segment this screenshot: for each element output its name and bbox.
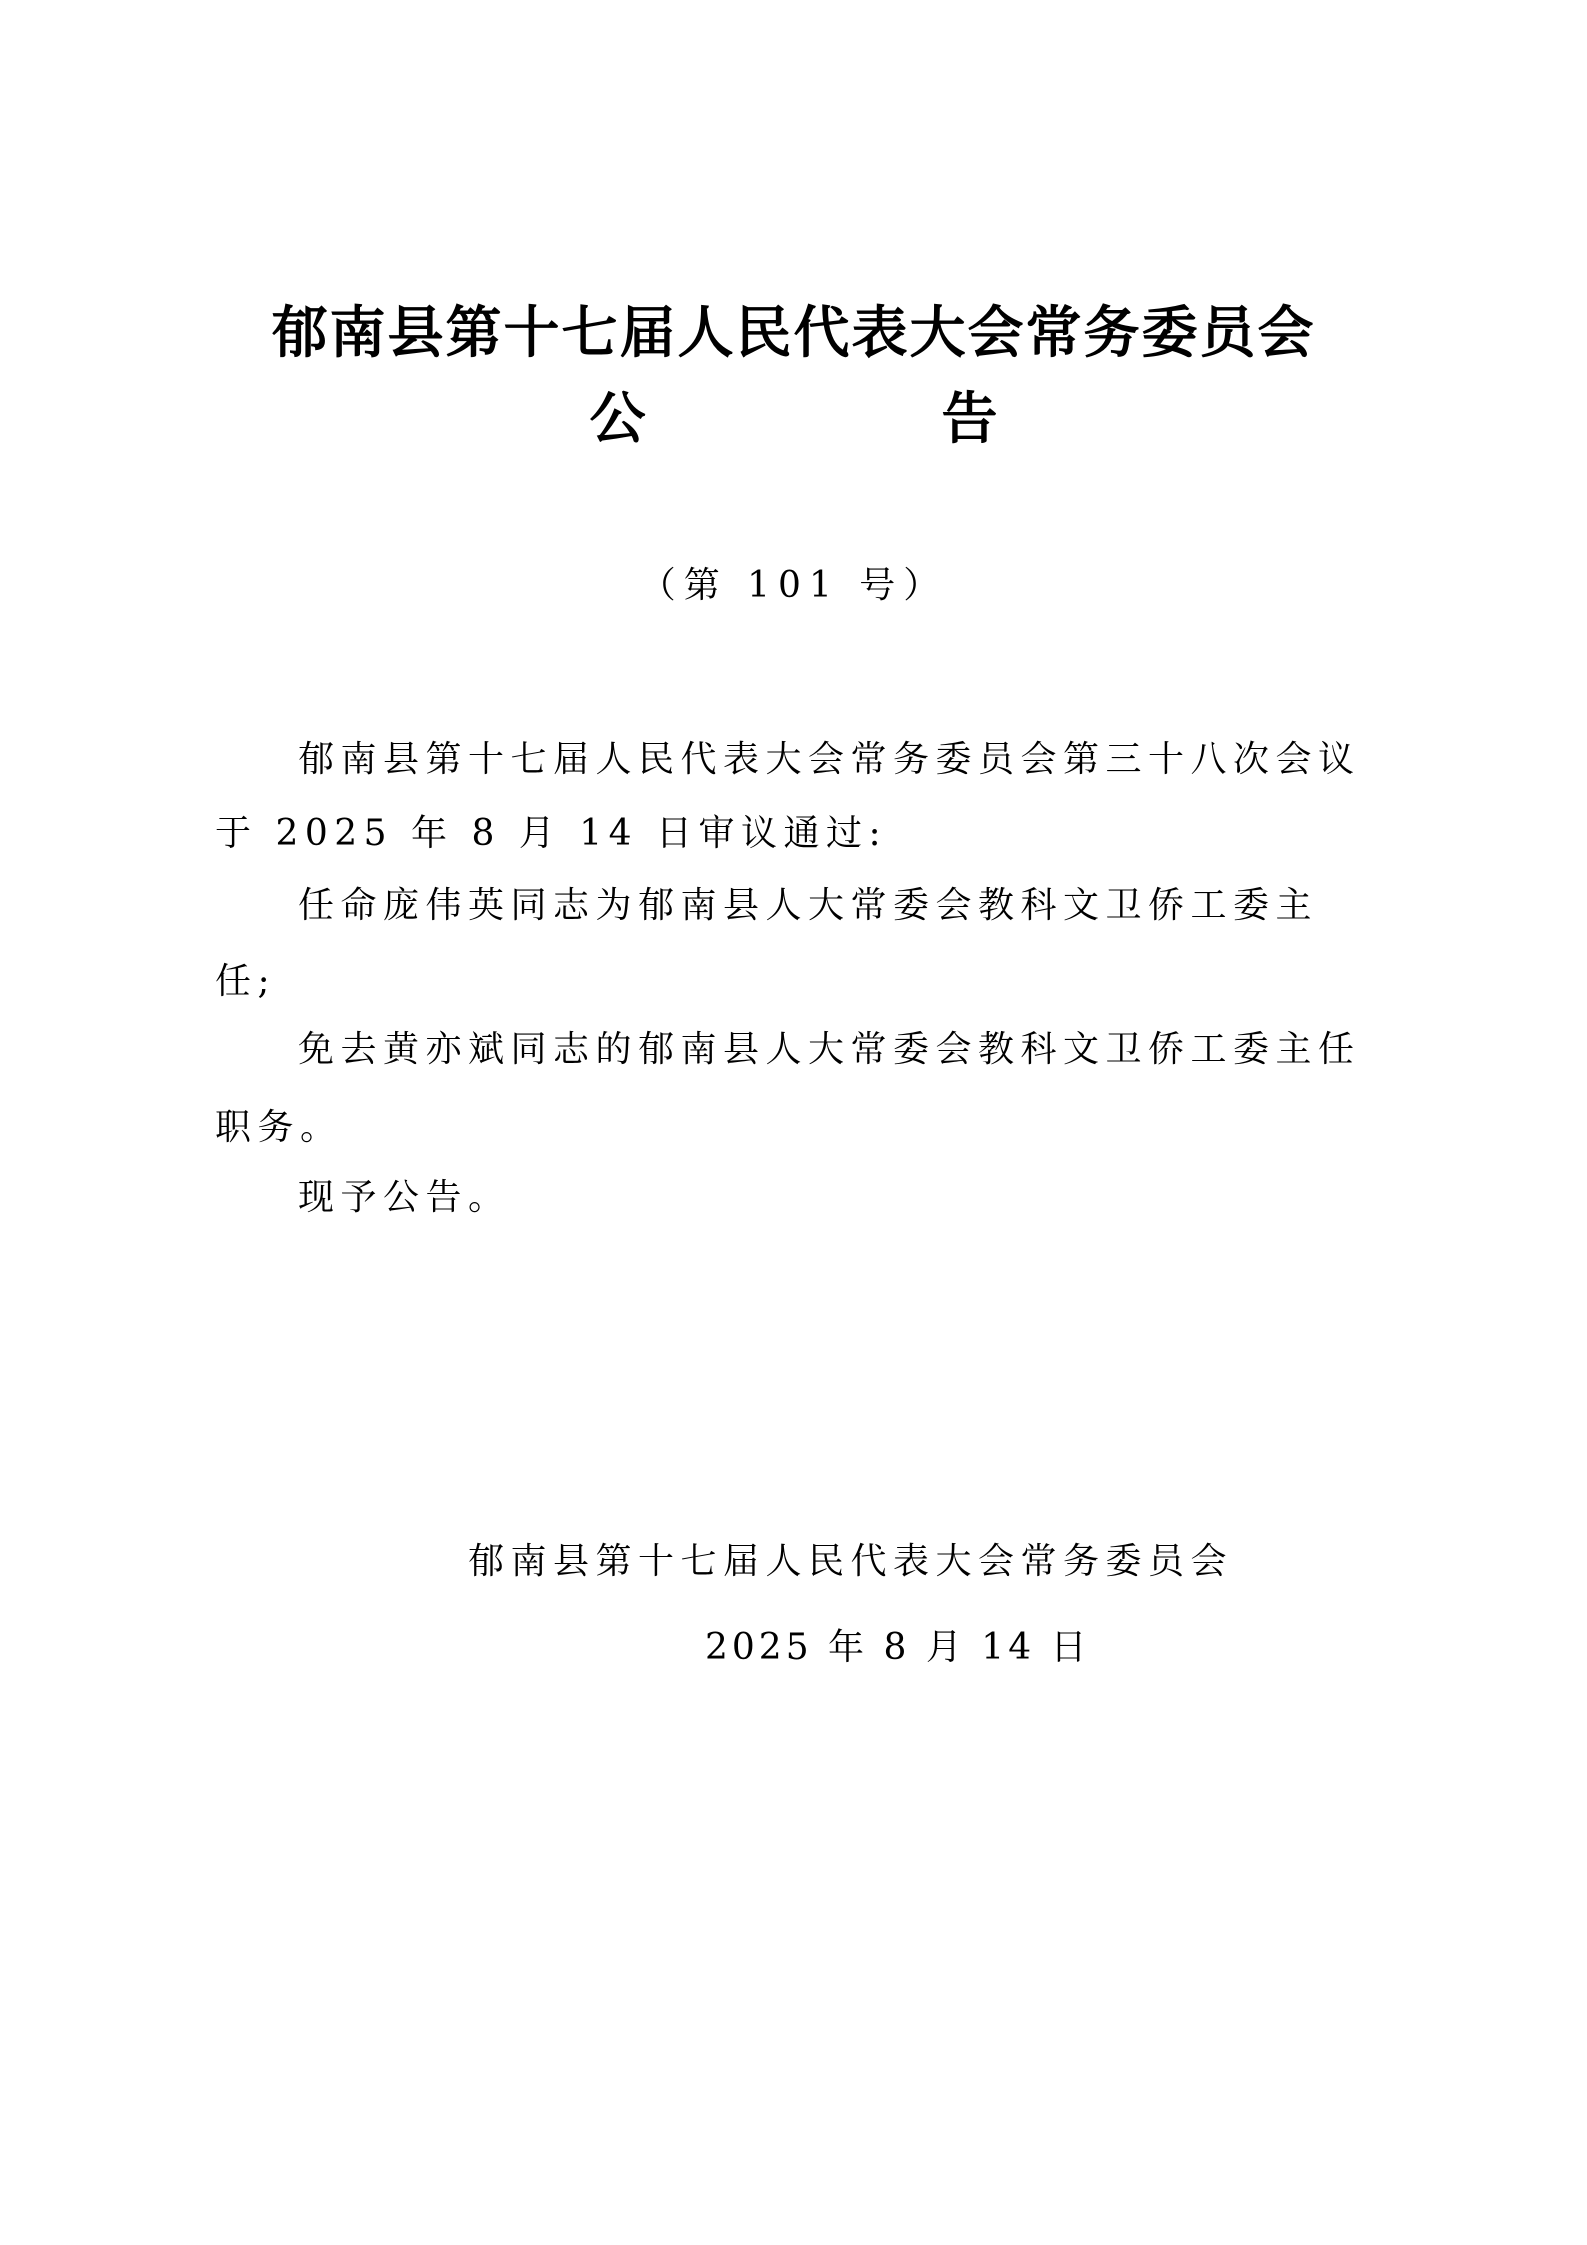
document-number: （第 101 号） xyxy=(0,564,1587,608)
document-subtitle: 公告 xyxy=(0,388,1587,452)
subtitle-char-right: 告 xyxy=(942,388,998,452)
document-title: 郁南县第十七届人民代表大会常务委员会 xyxy=(0,302,1587,366)
body-paragraph-1-line-1: 郁南县第十七届人民代表大会常务委员会第三十八次会议 xyxy=(298,738,1361,782)
signature-organization: 郁南县第十七届人民代表大会常务委员会 xyxy=(468,1540,1233,1584)
body-paragraph-3-line-2: 职务。 xyxy=(215,1106,343,1150)
body-paragraph-4: 现予公告。 xyxy=(298,1176,511,1220)
document-page: 郁南县第十七届人民代表大会常务委员会 公告 （第 101 号） 郁南县第十七届人… xyxy=(0,0,1587,2245)
subtitle-char-left: 公 xyxy=(590,388,646,452)
body-paragraph-2-line-2: 任; xyxy=(215,960,276,1004)
signature-date: 2025 年 8 月 14 日 xyxy=(705,1626,1091,1670)
body-paragraph-3-line-1: 免去黄亦斌同志的郁南县人大常委会教科文卫侨工委主任 xyxy=(298,1028,1361,1072)
body-paragraph-1-line-2: 于 2025 年 8 月 14 日审议通过: xyxy=(215,812,887,856)
body-paragraph-2-line-1: 任命庞伟英同志为郁南县人大常委会教科文卫侨工委主 xyxy=(298,884,1318,928)
